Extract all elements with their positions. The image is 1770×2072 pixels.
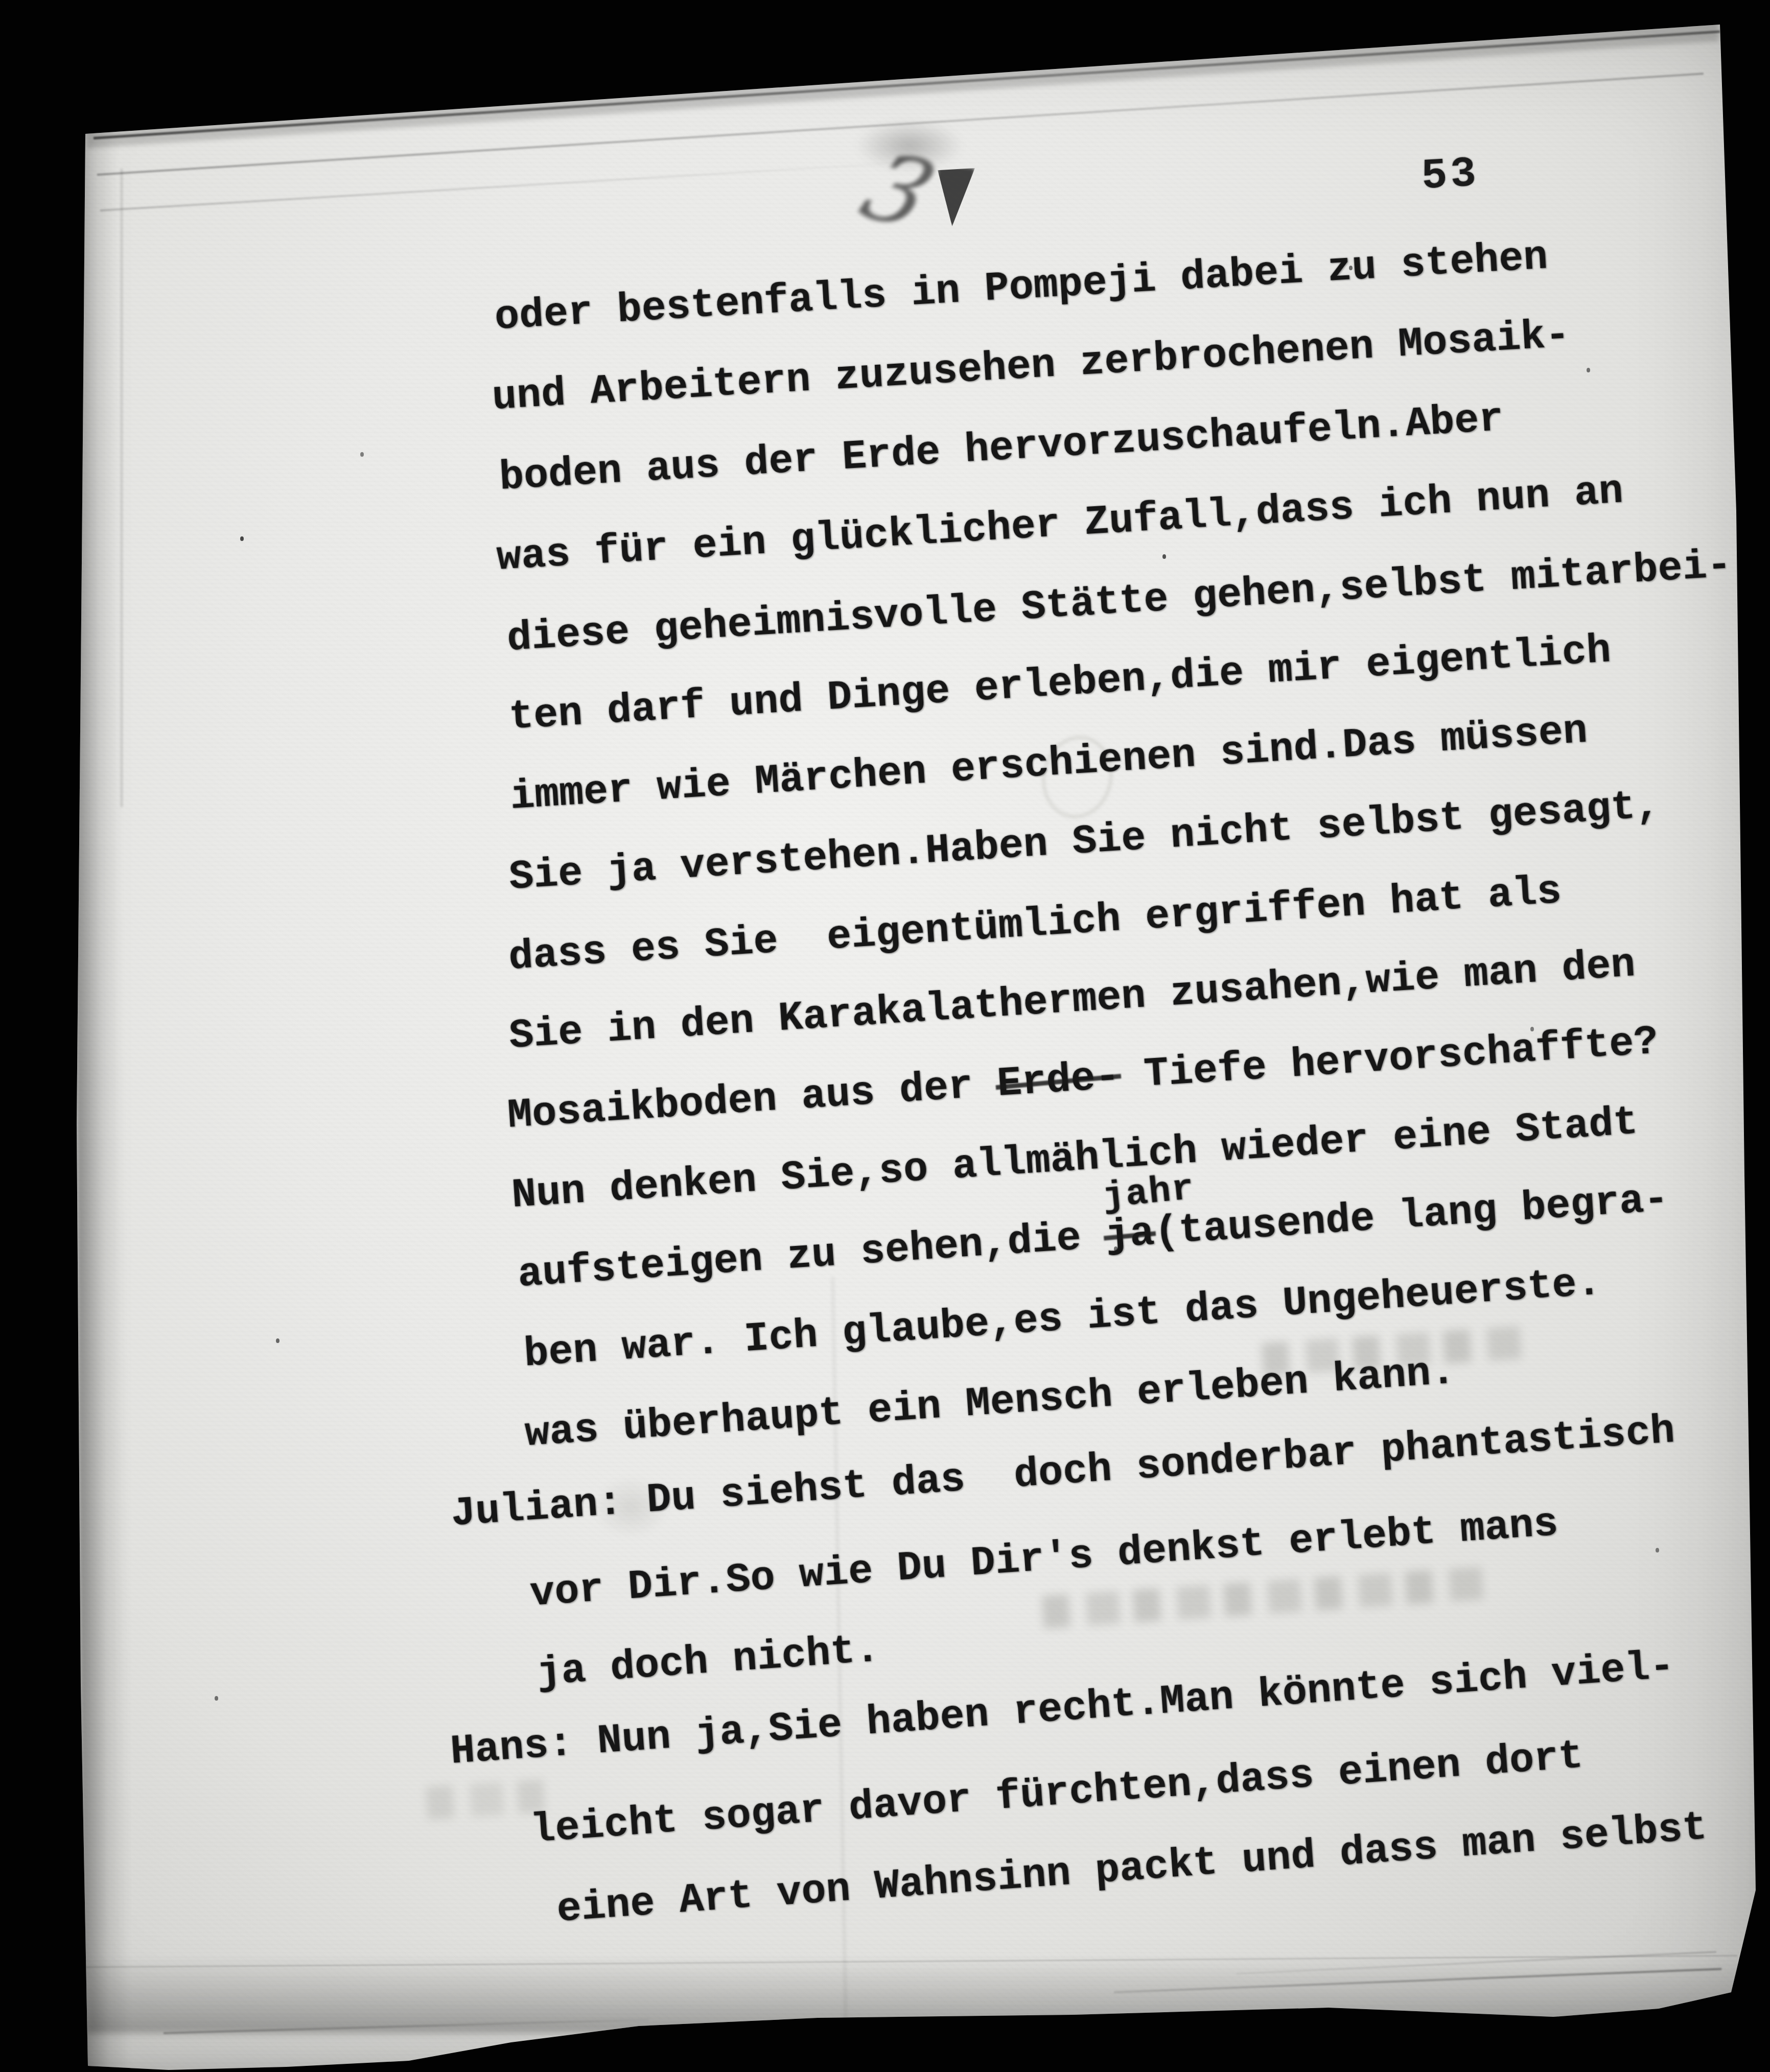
page-bottom-shadow bbox=[87, 1957, 1742, 2033]
dust-specks bbox=[240, 536, 244, 541]
line-text: aufsteigen zu sehen,die bbox=[517, 1213, 1107, 1299]
photographed-typescript-page: 3 53 oder bestenfalls in Pompeji dabei z… bbox=[0, 0, 1770, 2072]
line-text: Tiefe hervorschaffte? bbox=[1118, 1019, 1660, 1100]
inserted-word-above-line: jahr bbox=[1101, 1168, 1197, 1218]
paper-crease bbox=[121, 169, 123, 807]
page-number: 53 bbox=[1420, 150, 1480, 201]
manuscript-page: 3 53 oder bestenfalls in Pompeji dabei z… bbox=[0, 0, 1770, 2072]
line-text: (tausende lang begra- bbox=[1153, 1176, 1670, 1256]
line-text: Mosaikboden aus der bbox=[506, 1062, 999, 1140]
handwritten-scribble-mark: 3 bbox=[864, 130, 996, 273]
struck-word: ja bbox=[1104, 1213, 1156, 1257]
typescript-line: ja doch nicht. bbox=[535, 1630, 881, 1694]
struck-word: Erde- bbox=[996, 1057, 1121, 1105]
